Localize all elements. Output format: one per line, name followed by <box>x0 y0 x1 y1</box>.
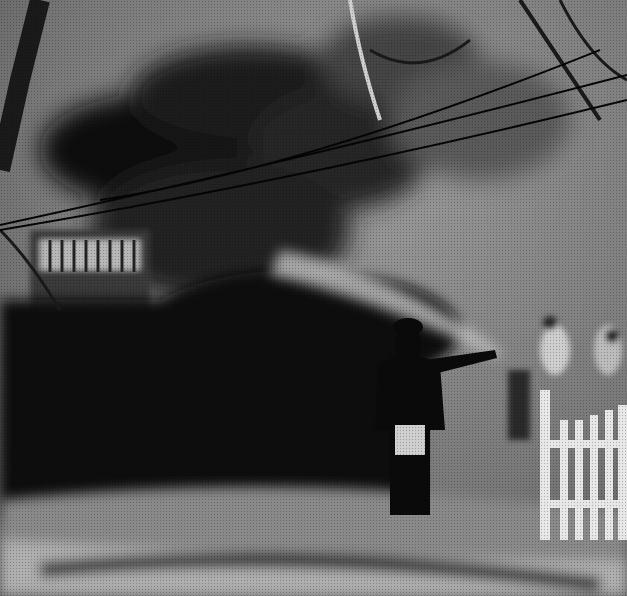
newspaper-photo: Black-and-white newspaper photograph of … <box>0 0 627 596</box>
fire-scene <box>0 0 627 596</box>
halftone-texture <box>0 0 627 596</box>
